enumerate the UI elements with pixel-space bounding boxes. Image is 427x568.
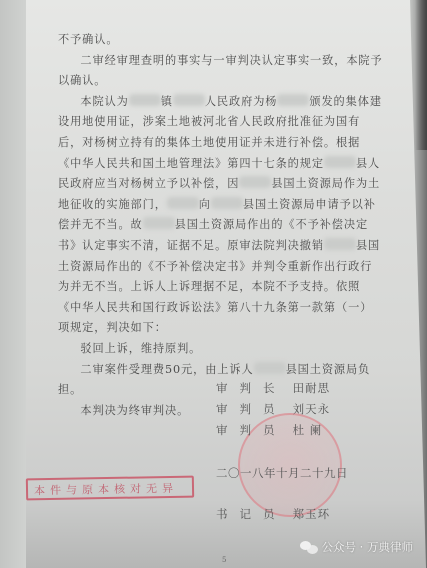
redaction-blur bbox=[129, 94, 161, 106]
judgment-body: 不予确认。 二审经审理查明的事实与一审判决认定事实一致，本院予以确认。 本院认为… bbox=[58, 30, 384, 421]
watermark: 公众号 · 万典律师 bbox=[300, 539, 413, 555]
paragraph-facts: 二审经审理查明的事实与一审判决认定事实一致，本院予以确认。 bbox=[58, 51, 384, 92]
certification-stamp: 本件与原本核对无异 bbox=[26, 476, 194, 501]
redaction-blur bbox=[143, 217, 175, 229]
paragraph-not-confirmed: 不予确认。 bbox=[58, 30, 384, 51]
signature-role: 审判员 bbox=[216, 401, 288, 417]
signature-role: 审判长 bbox=[216, 380, 288, 396]
signature-clerk: 书记员 郑玉环 bbox=[216, 506, 330, 522]
redaction-blur bbox=[173, 94, 205, 106]
redaction-blur bbox=[277, 94, 309, 106]
redaction-blur bbox=[254, 362, 286, 374]
signature-name: 杜 阑 bbox=[293, 423, 323, 437]
redaction-blur bbox=[324, 156, 356, 168]
wechat-icon bbox=[300, 541, 318, 554]
signature-role: 书记员 bbox=[216, 506, 288, 522]
paragraph-court-opinion: 本院认为镇人民政府为杨颁发的集体建设用地使用证，涉案土地被河北省人民政府批准征为… bbox=[58, 92, 384, 339]
redaction-blur bbox=[239, 176, 271, 188]
signature-judge-2: 审判员 杜 阑 bbox=[216, 422, 322, 438]
signature-name: 田耐思 bbox=[293, 381, 331, 395]
signature-role: 审判员 bbox=[216, 422, 288, 438]
signature-judge-1: 审判员 刘天永 bbox=[216, 401, 330, 417]
paragraph-ruling: 驳回上诉，维持原判。 bbox=[58, 339, 384, 360]
redaction-blur bbox=[211, 197, 243, 209]
desk-edge-shadow bbox=[415, 0, 427, 150]
underlying-sheet bbox=[0, 0, 27, 568]
redaction-blur bbox=[167, 197, 199, 209]
page-number: 5 bbox=[222, 556, 226, 564]
signature-name: 郑玉环 bbox=[293, 507, 331, 521]
signature-name: 刘天永 bbox=[293, 402, 331, 416]
signature-presiding-judge: 审判长 田耐思 bbox=[216, 380, 330, 396]
redaction-blur bbox=[324, 238, 356, 250]
judgment-date: 二〇一八年十月二十九日 bbox=[216, 465, 348, 481]
watermark-text: 公众号 · 万典律师 bbox=[322, 539, 413, 555]
